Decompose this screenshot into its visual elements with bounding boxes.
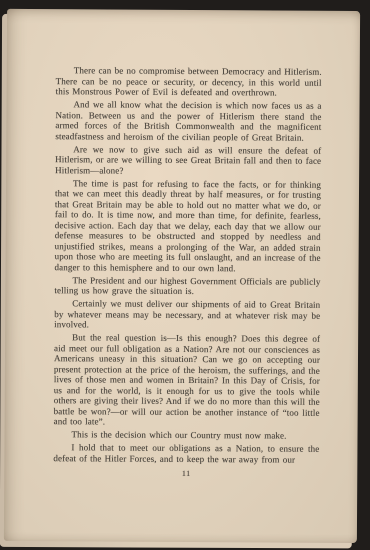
paragraph: There can be no compromise between Democ… [56, 65, 322, 98]
paragraphs-container: There can be no compromise between Democ… [53, 65, 321, 465]
paragraph: The President and our highest Government… [54, 275, 320, 298]
paragraph: Are we now to give such aid as will ensu… [55, 144, 321, 177]
paragraph: This is the decision which our Country m… [53, 429, 319, 441]
page-number: 11 [53, 468, 319, 479]
page-text-block: There can be no compromise between Democ… [53, 65, 322, 479]
book-page: There can be no compromise between Democ… [4, 9, 360, 543]
paragraph: And we all know what the decision is whi… [55, 99, 321, 143]
paragraph: I hold that to meet our obligations as a… [53, 442, 319, 465]
paragraph: But the real question is—Is this enough?… [54, 332, 321, 428]
paragraph: The time is past for refusing to face th… [55, 178, 322, 274]
paragraph: Certainly we must deliver our shipments … [54, 298, 320, 331]
book-photo: There can be no compromise between Democ… [0, 0, 370, 550]
